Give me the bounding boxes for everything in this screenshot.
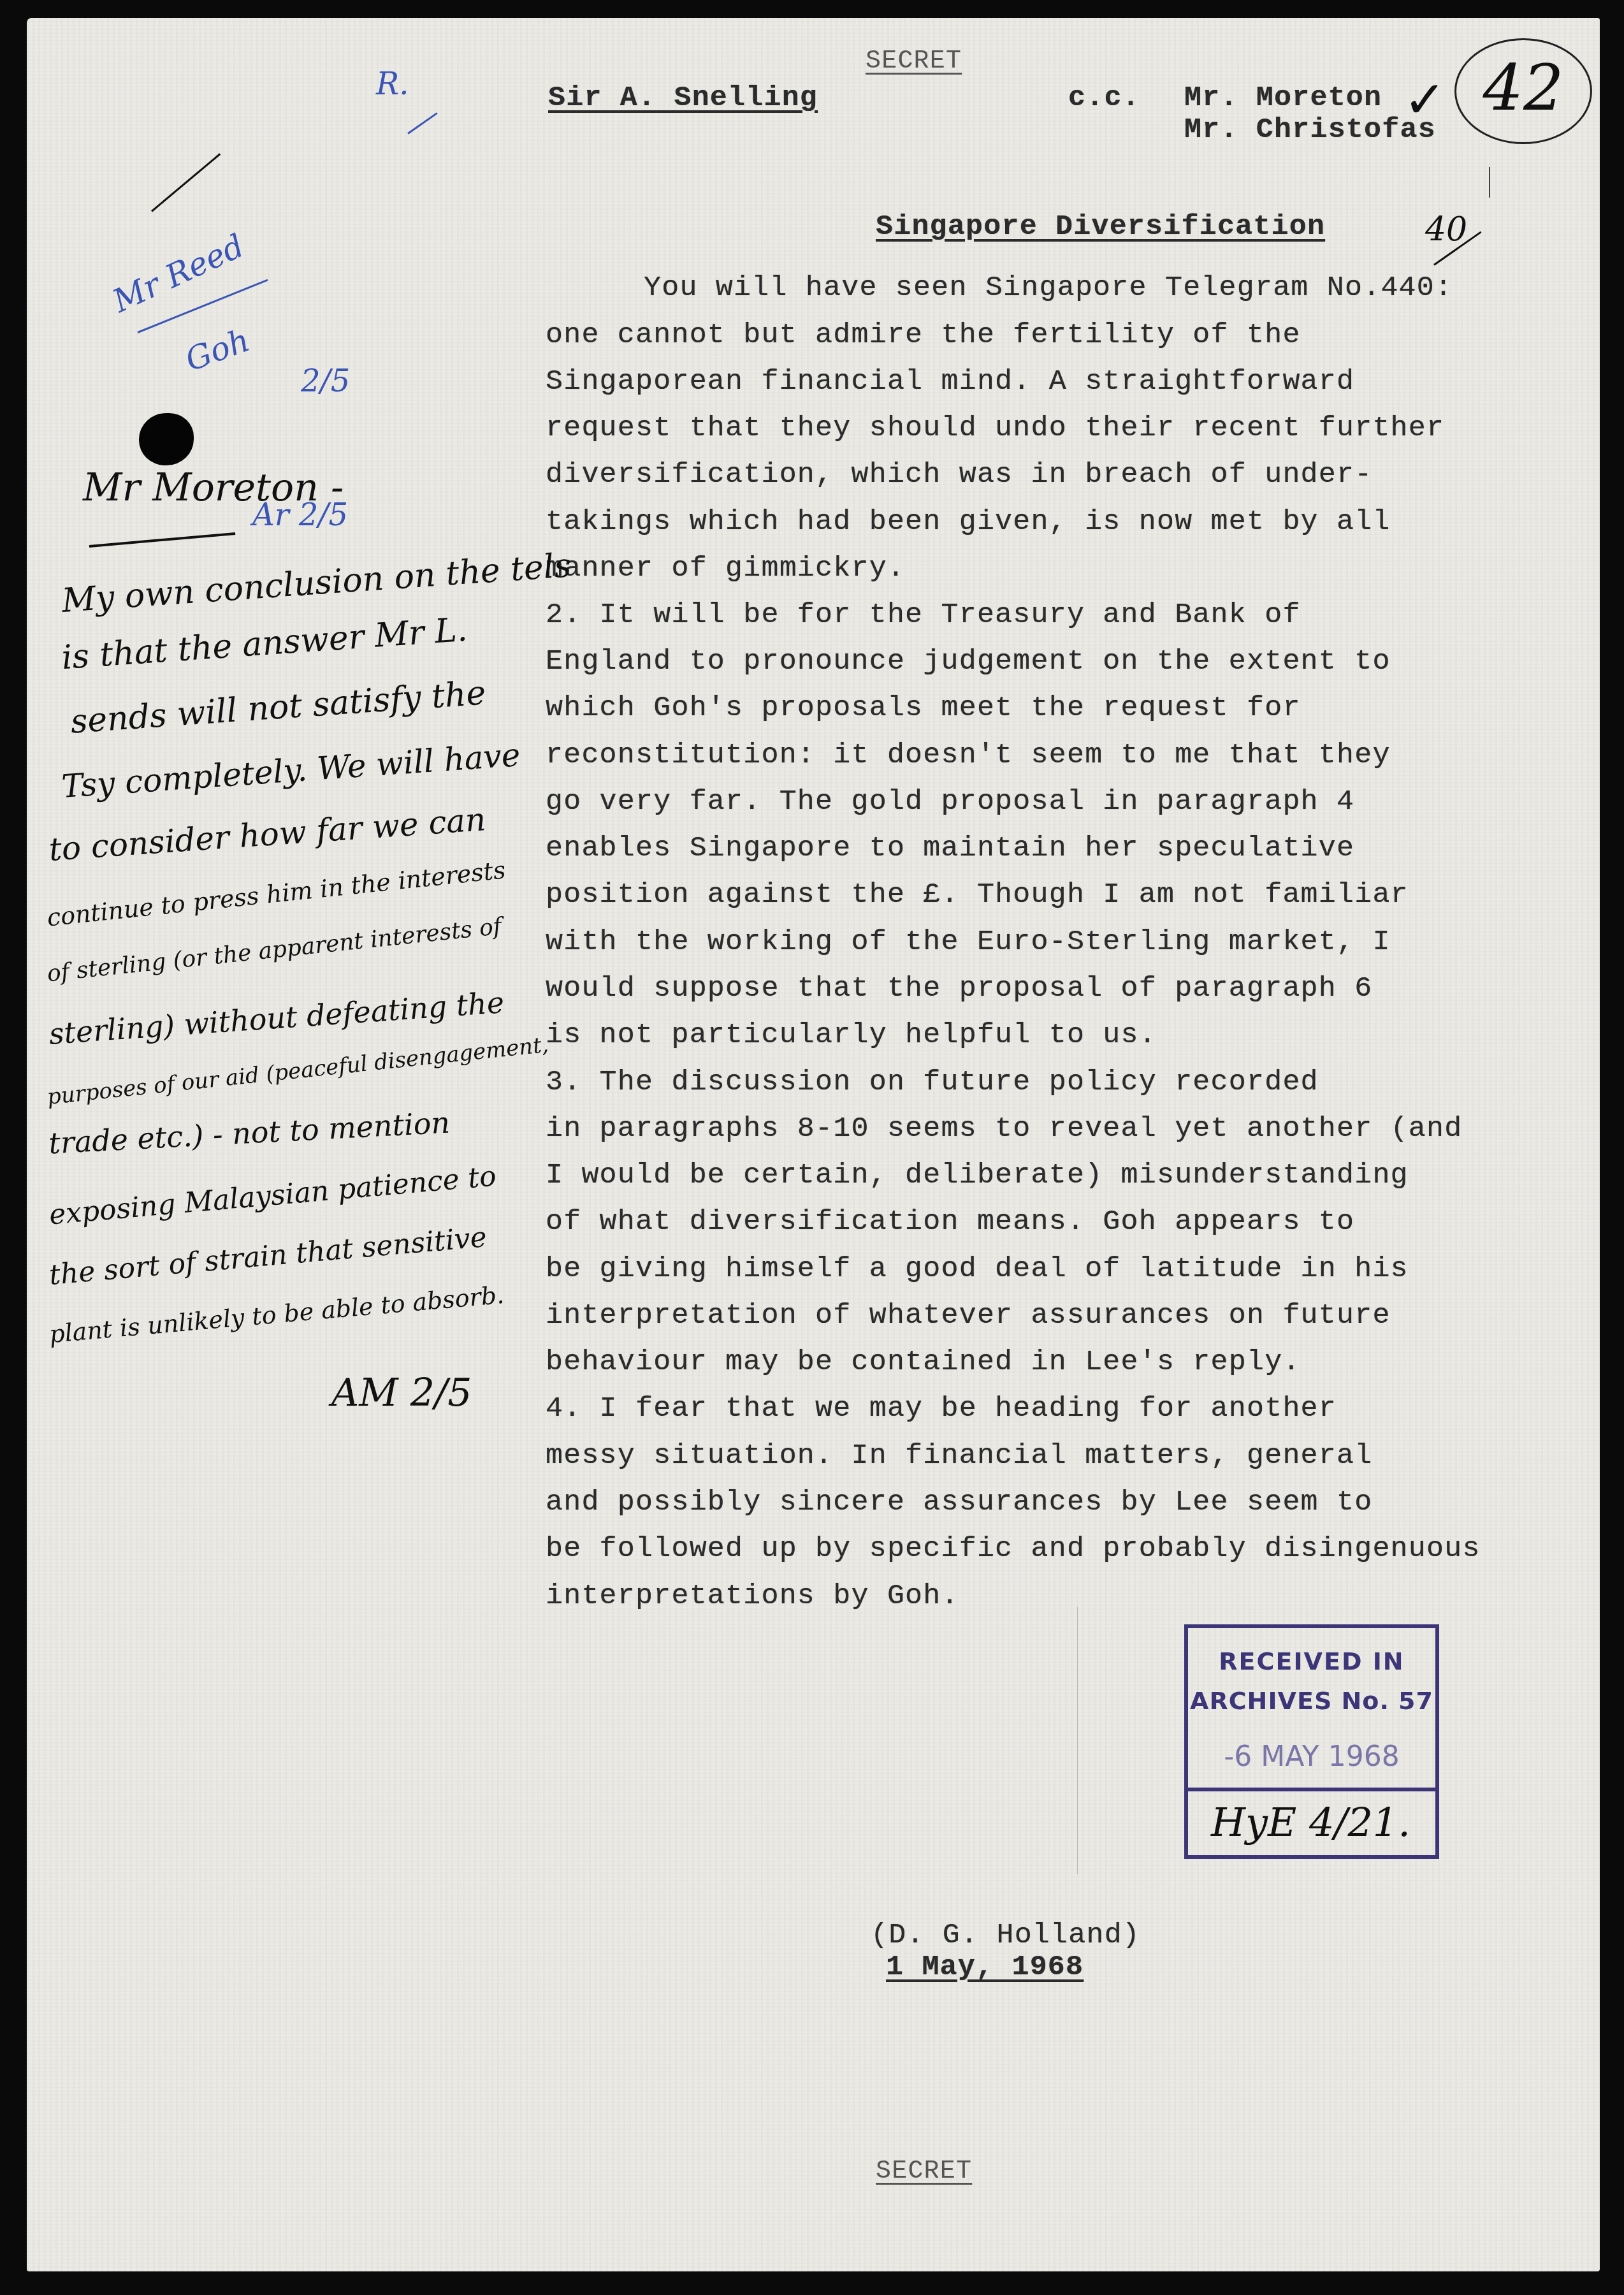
body-line: interpretation of whatever assurances on… bbox=[546, 1299, 1391, 1332]
body-line: reconstitution: it doesn't seem to me th… bbox=[546, 739, 1391, 771]
body-line: diversification, which was in breach of … bbox=[546, 458, 1372, 491]
classification-bottom: SECRET bbox=[876, 2157, 972, 2186]
body-line: which Goh's proposals meet the request f… bbox=[546, 692, 1301, 724]
body-line: and possibly sincere assurances by Lee s… bbox=[546, 1486, 1372, 1519]
body-line: enables Singapore to maintain her specul… bbox=[546, 832, 1354, 864]
checkmark-icon: ✓ bbox=[1403, 70, 1446, 129]
body-line: You will have seen Singapore Telegram No… bbox=[644, 272, 1453, 304]
body-line: 4. I fear that we may be heading for ano… bbox=[546, 1392, 1337, 1425]
body-line: with the working of the Euro-Sterling ma… bbox=[546, 926, 1391, 958]
body-line: Singaporean financial mind. A straightfo… bbox=[546, 365, 1354, 398]
body-line: position against the £. Though I am not … bbox=[546, 878, 1409, 911]
margin-date-1: 2/5 bbox=[301, 363, 350, 399]
addressee: Sir A. Snelling bbox=[548, 82, 818, 114]
folio-number: 42 bbox=[1454, 38, 1592, 144]
body-line: one cannot but admire the fertility of t… bbox=[546, 319, 1301, 351]
pencil-rule bbox=[1077, 1606, 1078, 1874]
margin-initial-2: Ar 2/5 bbox=[252, 497, 348, 533]
pencil-mark bbox=[1489, 167, 1490, 198]
stamp-divider bbox=[1188, 1788, 1435, 1791]
stamp-line-1: RECEIVED IN bbox=[1188, 1647, 1435, 1675]
body-line: of what diversification means. Goh appea… bbox=[546, 1206, 1354, 1238]
body-line: manner of gimmickry. bbox=[546, 552, 905, 585]
margin-ref-number: 40 bbox=[1425, 210, 1467, 249]
minute-initials: AM 2/5 bbox=[331, 1371, 472, 1415]
punch-hole bbox=[139, 413, 194, 465]
body-line: be giving himself a good deal of latitud… bbox=[546, 1253, 1409, 1285]
body-line: interpretations by Goh. bbox=[546, 1580, 959, 1612]
body-line: 3. The discussion on future policy recor… bbox=[546, 1066, 1319, 1098]
body-line: request that they should undo their rece… bbox=[546, 412, 1444, 444]
body-line: I would be certain, deliberate) misunder… bbox=[546, 1159, 1409, 1191]
archives-received-stamp: RECEIVED IN ARCHIVES No. 57 -6 MAY 1968 … bbox=[1184, 1624, 1439, 1859]
body-line: messy situation. In financial matters, g… bbox=[546, 1439, 1372, 1472]
body-line: go very far. The gold proposal in paragr… bbox=[546, 785, 1354, 818]
classification-top: SECRET bbox=[866, 47, 962, 76]
signature-date: 1 May, 1968 bbox=[886, 1951, 1084, 1983]
body-line: takings which had been given, is now met… bbox=[546, 506, 1391, 538]
signature-name: (D. G. Holland) bbox=[871, 1919, 1140, 1951]
body-line: be followed up by specific and probably … bbox=[546, 1533, 1481, 1565]
subject-heading: Singapore Diversification bbox=[876, 210, 1325, 243]
body-line: would suppose that the proposal of parag… bbox=[546, 972, 1372, 1005]
cc-recipient-2: Mr. Christofas bbox=[1184, 113, 1436, 146]
body-line: is not particularly helpful to us. bbox=[546, 1019, 1157, 1051]
cc-recipient-1: Mr. Moreton bbox=[1184, 82, 1382, 114]
body-line: behaviour may be contained in Lee's repl… bbox=[546, 1346, 1301, 1378]
stamp-date: -6 MAY 1968 bbox=[1188, 1740, 1435, 1773]
body-line: in paragraphs 8-10 seems to reveal yet a… bbox=[546, 1112, 1462, 1145]
stamp-handwritten-ref: HyE 4/21. bbox=[1211, 1799, 1410, 1846]
stamp-line-2: ARCHIVES No. 57 bbox=[1188, 1687, 1435, 1715]
margin-note-r: R. bbox=[376, 66, 409, 102]
body-line: England to pronounce judgement on the ex… bbox=[546, 645, 1391, 678]
body-line: 2. It will be for the Treasury and Bank … bbox=[546, 599, 1301, 631]
cc-label: c.c. bbox=[1068, 82, 1140, 114]
